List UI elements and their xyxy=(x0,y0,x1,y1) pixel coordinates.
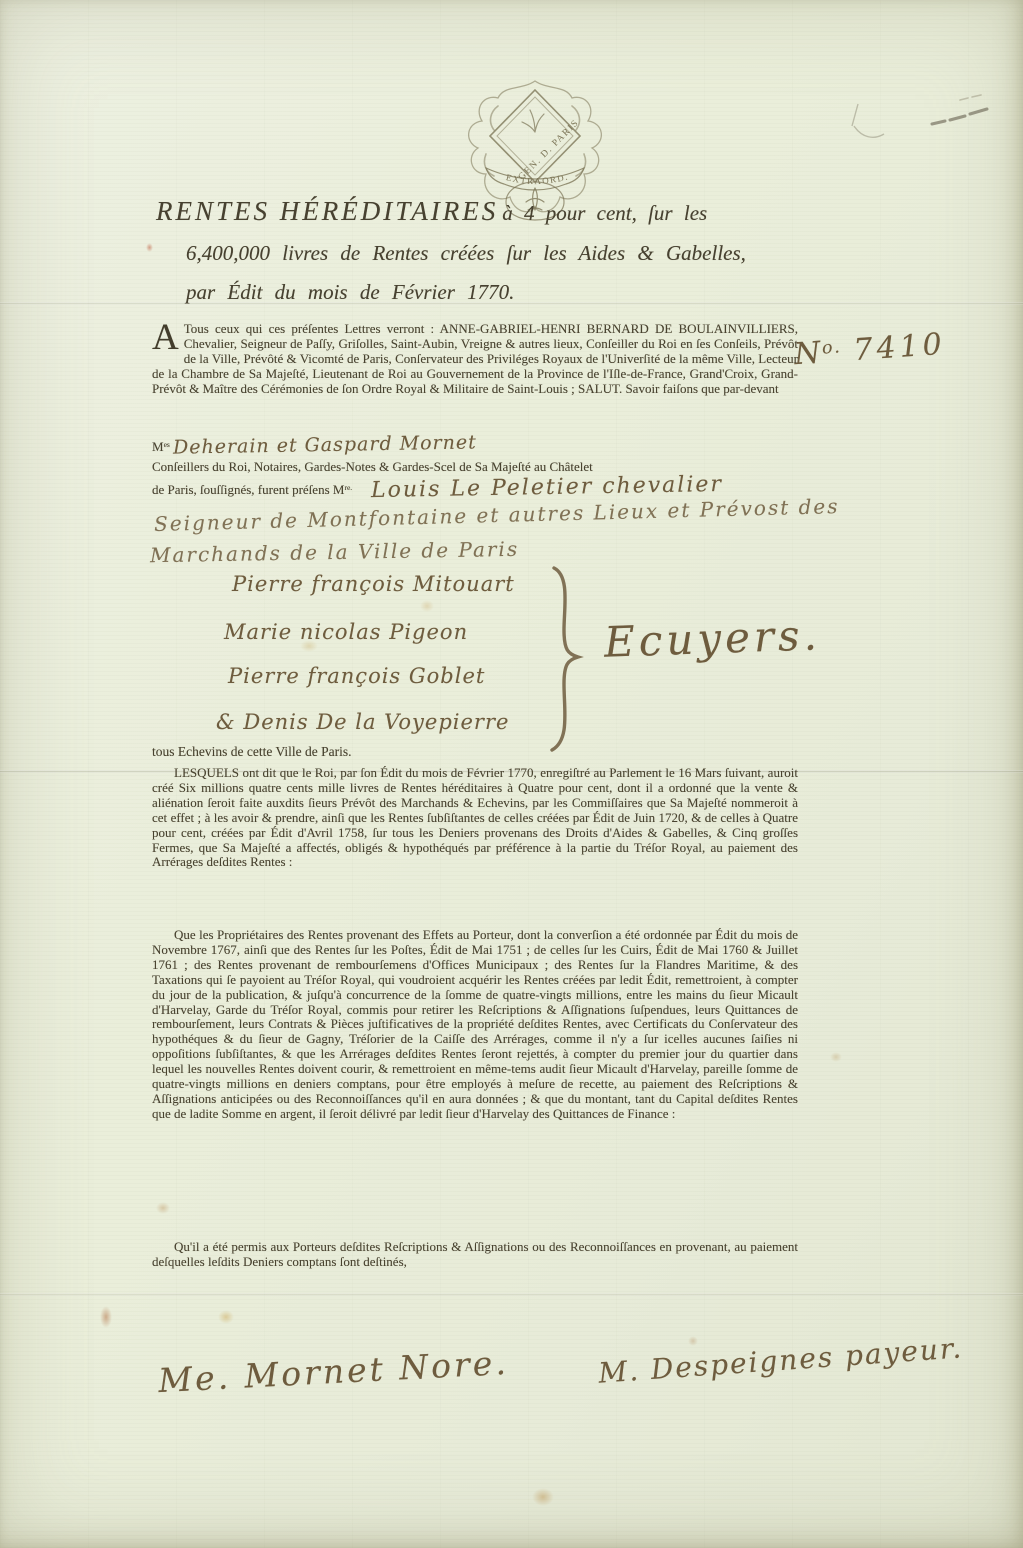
document-title-line3: par Édit du mois de Février 1770. xyxy=(186,280,826,305)
foxing-spot xyxy=(146,243,153,252)
notaries-names-handwritten: Deherain et Gaspard Mornet xyxy=(173,431,477,458)
echevins-caption: tous Echevins de cette Ville de Paris. xyxy=(152,744,352,760)
paragraph-porteurs: Qu'il a été permis aux Porteurs deſdites… xyxy=(152,1240,798,1270)
brace xyxy=(540,564,600,754)
foxing-spot xyxy=(830,1052,842,1062)
svg-text:EXTRAORD.: EXTRAORD. xyxy=(505,171,570,186)
stamp-text-extraord: EXTRAORD. xyxy=(505,171,570,186)
principal-title2-handwritten: Marchands de la Ville de Paris xyxy=(150,537,519,567)
pencil-scribble xyxy=(840,82,1020,152)
foxing-spot xyxy=(156,1202,170,1214)
document-title-line1: RENTES HÉRÉDITAIRES à 4 pour cent, ſur l… xyxy=(156,196,816,227)
document-number: No. 7410 xyxy=(793,327,947,373)
foxing-spot xyxy=(688,1336,698,1346)
notaries-line: Mes Deherain et Gaspard Mornet xyxy=(152,434,477,456)
notary-abbrev: Mes xyxy=(152,439,170,454)
paragraph-opening: A Tous ceux qui ces préſentes Lettres ve… xyxy=(152,322,798,397)
echevins-quality-handwritten: Ecuyers. xyxy=(603,610,821,667)
echevins-list: Pierre françois Mitouart Marie nicolas P… xyxy=(232,572,792,752)
paragraph-lesquels: LESQUELS ont dit que le Roi, par ſon Édi… xyxy=(152,766,798,870)
title-rest: à 4 pour cent, ſur les xyxy=(502,201,707,225)
echevin-name: Marie nicolas Pigeon xyxy=(224,620,468,644)
foxing-spot xyxy=(218,1310,234,1324)
echevin-name: Pierre françois Goblet xyxy=(228,664,485,688)
document-number-value: 7410 xyxy=(852,327,947,368)
echevin-name: & Denis De la Voyepierre xyxy=(216,710,509,734)
title-caps: RENTES HÉRÉDITAIRES xyxy=(156,196,498,226)
echevin-name: Pierre françois Mitouart xyxy=(232,572,515,596)
line-conseillers: Conſeillers du Roi, Notaires, Gardes-Not… xyxy=(152,459,593,475)
paragraph-proprietaires: Que les Propriétaires des Rentes provena… xyxy=(152,928,798,1122)
document-number-ordinal: o. xyxy=(821,337,842,358)
line-presens: de Paris, ſouſſignés, furent préſens Mre… xyxy=(152,475,723,500)
signature-notary: Me. Mornet Nore. xyxy=(157,1343,509,1400)
foxing-spot xyxy=(100,1306,112,1328)
fold-crease xyxy=(0,1293,1023,1296)
line-paris-prefix: de Paris, ſouſſignés, furent préſens Mre… xyxy=(152,482,352,497)
document-title-line2: 6,400,000 livres de Rentes créées ſur le… xyxy=(186,241,826,266)
document-page: GEN. D. PARIS EXTRAORD. No. 7410 RENTES … xyxy=(0,0,1023,1548)
foxing-spot xyxy=(532,1488,554,1506)
signature-payeur: M. Despeignes payeur. xyxy=(597,1331,964,1389)
